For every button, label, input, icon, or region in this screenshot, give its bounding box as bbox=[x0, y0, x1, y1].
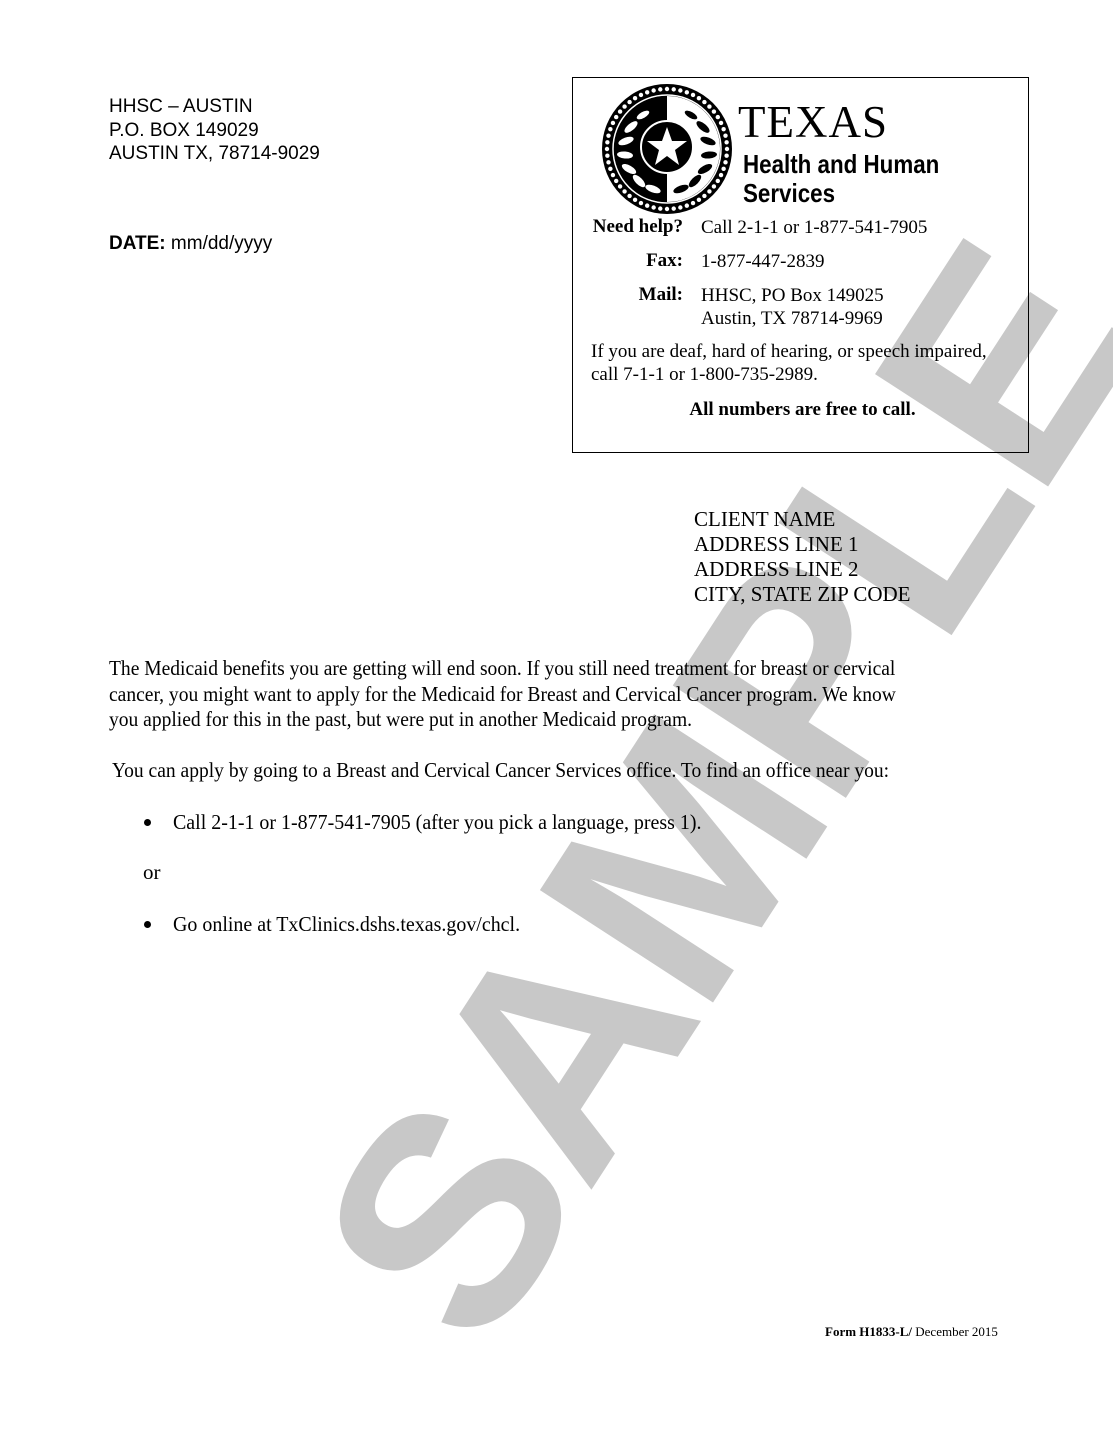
intro-line: The Medicaid benefits you are getting wi… bbox=[109, 656, 1009, 682]
recipient-line: CLIENT NAME bbox=[694, 507, 911, 532]
sender-line: P.O. BOX 149029 bbox=[109, 119, 320, 143]
deaf-note-line: If you are deaf, hard of hearing, or spe… bbox=[591, 340, 1021, 363]
sender-address: HHSC – AUSTIN P.O. BOX 149029 AUSTIN TX,… bbox=[109, 95, 320, 166]
bullet-text: Go online at TxClinics.dshs.texas.gov/ch… bbox=[173, 912, 520, 937]
brand-subtitle-line: Health and Human bbox=[743, 150, 939, 179]
texas-state-seal-icon bbox=[601, 83, 733, 215]
sender-line: AUSTIN TX, 78714-9029 bbox=[109, 142, 320, 166]
deaf-note: If you are deaf, hard of hearing, or spe… bbox=[591, 340, 1021, 386]
date-label: DATE: bbox=[109, 233, 166, 254]
mail-address-line: HHSC, PO Box 149025 bbox=[701, 284, 884, 307]
sender-line: HHSC – AUSTIN bbox=[109, 95, 320, 119]
recipient-line: ADDRESS LINE 1 bbox=[694, 532, 911, 557]
contact-info-box: TEXAS Health and Human Services Need hel… bbox=[572, 77, 1029, 453]
date-line: DATE: mm/dd/yyyy bbox=[109, 233, 272, 255]
intro-paragraph: The Medicaid benefits you are getting wi… bbox=[109, 656, 1009, 733]
or-separator: or bbox=[143, 860, 161, 885]
form-id: Form H1833-L/ bbox=[825, 1324, 912, 1339]
bullet-icon bbox=[144, 819, 151, 826]
deaf-note-line: call 7-1-1 or 1-800-735-2989. bbox=[591, 363, 1021, 386]
date-value: mm/dd/yyyy bbox=[171, 233, 272, 254]
form-date: December 2015 bbox=[912, 1324, 998, 1339]
bullet-item-call: Call 2-1-1 or 1-877-541-7905 (after you … bbox=[144, 810, 729, 835]
recipient-line: ADDRESS LINE 2 bbox=[694, 557, 911, 582]
free-call-note: All numbers are free to call. bbox=[573, 399, 1030, 421]
recipient-address: CLIENT NAME ADDRESS LINE 1 ADDRESS LINE … bbox=[694, 507, 911, 607]
bullet-text: Call 2-1-1 or 1-877-541-7905 (after you … bbox=[173, 810, 702, 835]
apply-paragraph: You can apply by going to a Breast and C… bbox=[112, 758, 889, 783]
intro-line: cancer, you might want to apply for the … bbox=[109, 682, 1009, 708]
brand-title: TEXAS bbox=[738, 100, 888, 145]
form-footer: Form H1833-L/ December 2015 bbox=[825, 1324, 998, 1340]
intro-line: you applied for this in the past, but we… bbox=[109, 707, 1009, 733]
fax-number: 1-877-447-2839 bbox=[701, 250, 824, 273]
help-phone: Call 2-1-1 or 1-877-541-7905 bbox=[701, 216, 927, 239]
fax-label: Fax: bbox=[646, 250, 683, 272]
mail-label: Mail: bbox=[639, 284, 683, 306]
mail-address-line: Austin, TX 78714-9969 bbox=[701, 307, 884, 330]
help-label: Need help? bbox=[593, 216, 683, 238]
bullet-icon bbox=[144, 921, 151, 928]
recipient-line: CITY, STATE ZIP CODE bbox=[694, 582, 911, 607]
brand-subtitle: Health and Human Services bbox=[743, 150, 939, 208]
mail-address: HHSC, PO Box 149025 Austin, TX 78714-996… bbox=[701, 284, 884, 330]
brand-subtitle-line: Services bbox=[743, 179, 939, 208]
bullet-item-online: Go online at TxClinics.dshs.texas.gov/ch… bbox=[144, 912, 538, 937]
